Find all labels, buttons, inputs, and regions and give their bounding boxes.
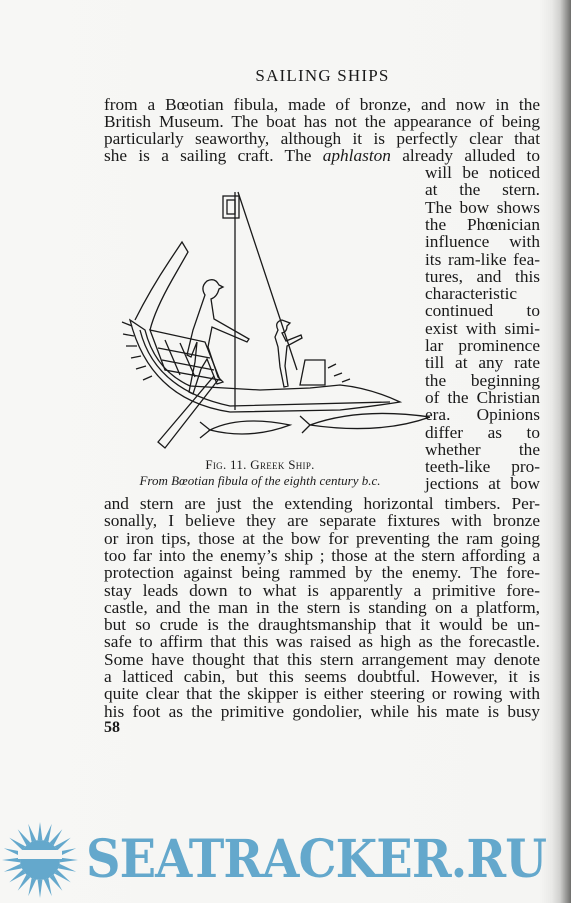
side-text-line: The bow shows — [425, 199, 540, 216]
text-line: particularly seaworthy, although it is p… — [104, 130, 540, 147]
text-line: protection against being rammed by the e… — [104, 564, 540, 581]
text-line: from a Bœotian fibula, made of bronze, a… — [104, 96, 540, 113]
text-line: but so crude is the draughtsmanship that… — [104, 616, 540, 633]
text-line: Some have thought that this stern arrang… — [104, 651, 540, 668]
text-line: too far into the enemy’s ship ; those at… — [104, 547, 540, 564]
side-text-line: teeth-like pro- — [425, 458, 540, 475]
side-text-line: will be noticed — [425, 164, 540, 181]
side-text-line: lar prominence — [425, 337, 540, 354]
text-line: quite clear that the skipper is either s… — [104, 685, 540, 702]
side-text-line: tures, and this — [425, 268, 540, 285]
side-text-line: characteristic — [425, 285, 540, 302]
side-text-line: influence with — [425, 233, 540, 250]
figure-caption-source: From Bœotian fibula of the eighth centur… — [110, 473, 410, 489]
side-text-line: exist with simi- — [425, 320, 540, 337]
text-line: safe to affirm that this was raised as h… — [104, 633, 540, 650]
side-text-line: of the Christian — [425, 389, 540, 406]
book-page: SAILING SHIPS from a Bœotian fibula, mad… — [0, 0, 571, 903]
greek-ship-illustration — [110, 180, 430, 450]
text-line: stay leads down to what is apparently a … — [104, 582, 540, 599]
watermark-text: SEATRACKER.RU — [86, 830, 546, 890]
side-text-line: differ as to — [425, 424, 540, 441]
italic-term: aphlaston — [323, 146, 391, 165]
side-text-line: era. Opinions — [425, 406, 540, 423]
text-line-aphlaston: she is a sailing craft. The aphlaston al… — [104, 147, 540, 164]
text-line: castle, and the man in the stern is stan… — [104, 599, 540, 616]
text-line: British Museum. The boat has not the app… — [104, 113, 540, 130]
side-text-line: the Phœnician — [425, 216, 540, 233]
figure-caption-label: Fig. 11. Greek Ship. — [150, 457, 370, 473]
side-text-line: jections at bow — [425, 475, 540, 492]
side-text-line: continued to — [425, 302, 540, 319]
side-text-line: its ram-like fea- — [425, 251, 540, 268]
side-text-line: at the stern. — [425, 181, 540, 198]
page-number: 58 — [104, 719, 120, 737]
side-text-line: the beginning — [425, 372, 540, 389]
text-line: and stern are just the extending horizon… — [104, 495, 540, 512]
side-text-line: till at any rate — [425, 354, 540, 371]
text-span: she is a sailing craft. The — [104, 146, 323, 165]
text-line: or iron tips, those at the bow for preve… — [104, 530, 540, 547]
text-line: a latticed cabin, but this seems doubtfu… — [104, 668, 540, 685]
side-text-line: whether the — [425, 441, 540, 458]
text-line: sonally, I believe they are separate fix… — [104, 512, 540, 529]
text-line: his foot as the primitive gondolier, whi… — [104, 703, 540, 720]
running-head: SAILING SHIPS — [0, 66, 571, 86]
